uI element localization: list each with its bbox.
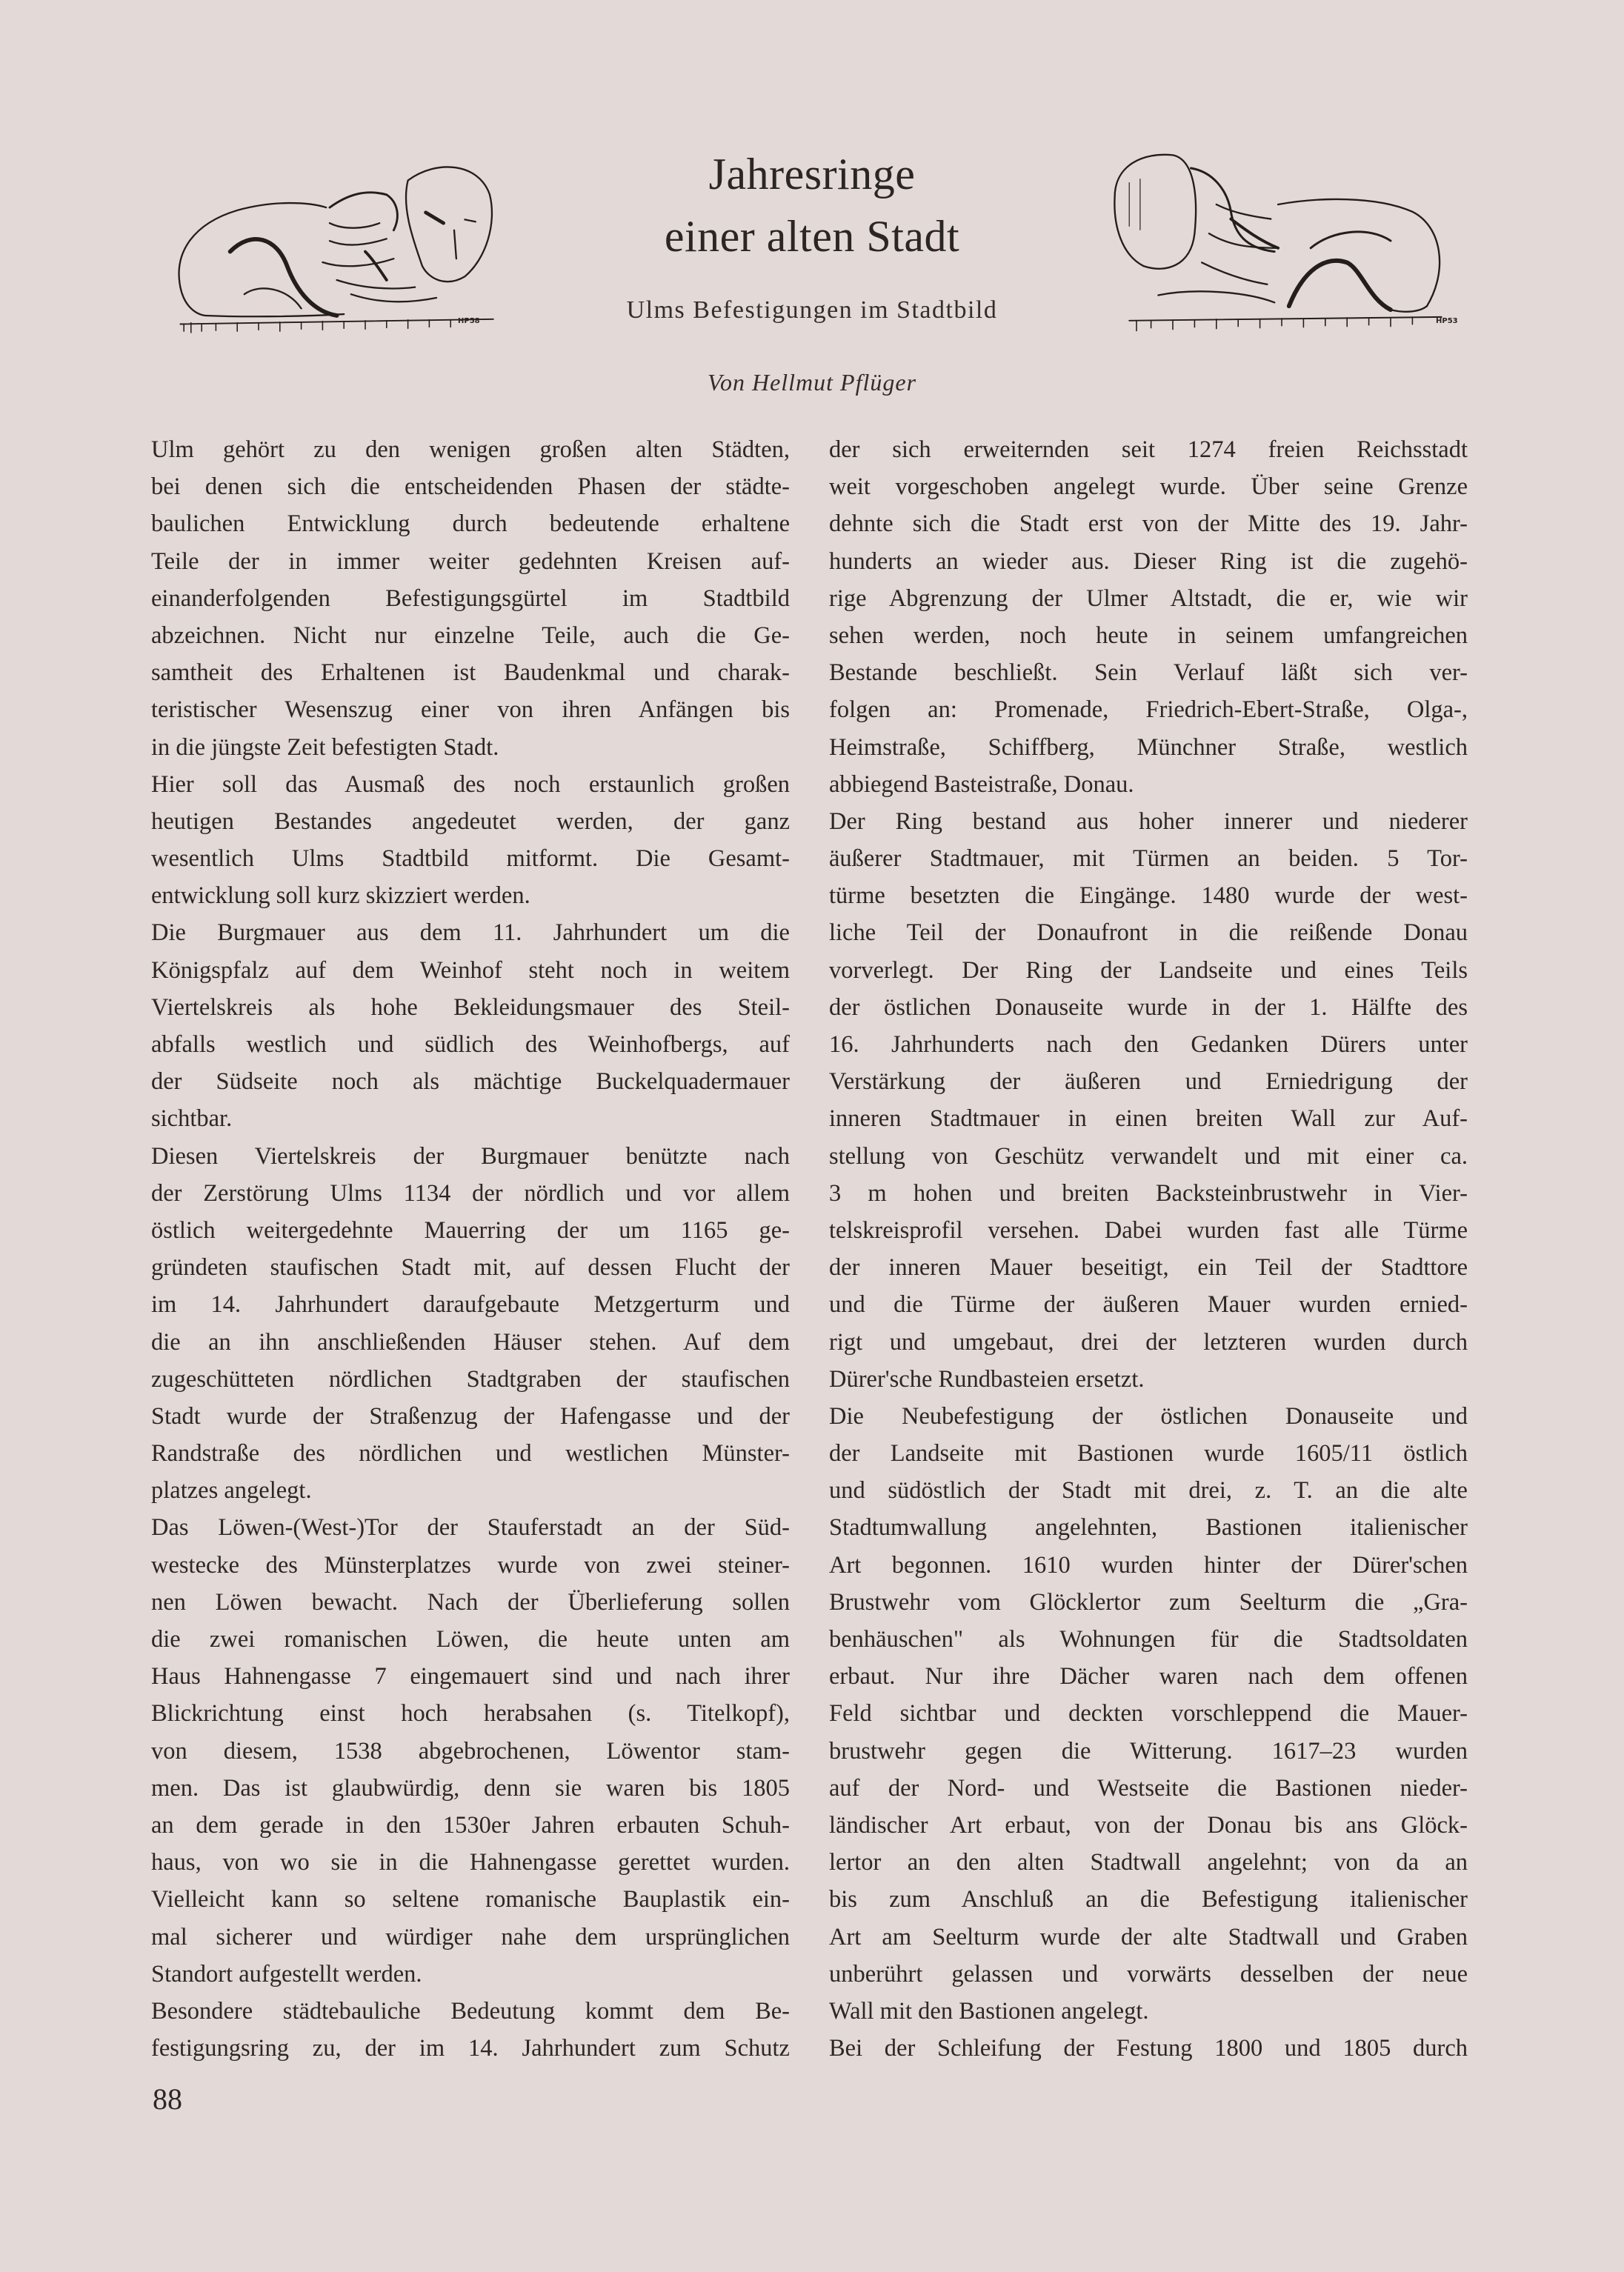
left-text-column: Ulm gehört zu den wenigen großen alten S… <box>151 431 790 2067</box>
text-line: Dürer'sche Rundbasteien ersetzt. <box>829 1361 1468 1398</box>
text-line: die zwei romanischen Löwen, die heute un… <box>151 1621 790 1658</box>
article-title-line-2: einer alten Stadt <box>0 206 1624 267</box>
text-line: der inneren Mauer beseitigt, ein Teil de… <box>829 1249 1468 1286</box>
text-line: Hier soll das Ausmaß des noch erstaunlic… <box>151 766 790 803</box>
text-line: Standort aufgestellt werden. <box>151 1956 790 1993</box>
text-line: ländischer Art erbaut, von der Donau bis… <box>829 1807 1468 1844</box>
text-line: Diesen Viertelskreis der Burgmauer benüt… <box>151 1138 790 1175</box>
text-line: Ulm gehört zu den wenigen großen alten S… <box>151 431 790 468</box>
article-subtitle: Ulms Befestigungen im Stadtbild <box>0 296 1624 324</box>
article-title-line-1: Jahresringe <box>0 144 1624 204</box>
text-line: bei denen sich die entscheidenden Phasen… <box>151 468 790 505</box>
text-line: sichtbar. <box>151 1100 790 1137</box>
text-line: türme besetzten die Eingänge. 1480 wurde… <box>829 877 1468 914</box>
text-line: äußerer Stadtmauer, mit Türmen an beiden… <box>829 840 1468 877</box>
text-line: in die jüngste Zeit befestigten Stadt. <box>151 729 790 766</box>
text-line: Bei der Schleifung der Festung 1800 und … <box>829 2030 1468 2067</box>
text-line: weit vorgeschoben angelegt wurde. Über s… <box>829 468 1468 505</box>
text-line: inneren Stadtmauer in einen breiten Wall… <box>829 1100 1468 1137</box>
text-line: 3 m hohen und breiten Backsteinbrustwehr… <box>829 1175 1468 1212</box>
text-line: benhäuschen" als Wohnungen für die Stadt… <box>829 1621 1468 1658</box>
text-line: Brustwehr vom Glöcklertor zum Seelturm d… <box>829 1584 1468 1621</box>
text-line: Art begonnen. 1610 wurden hinter der Dür… <box>829 1547 1468 1584</box>
text-line: auf der Nord- und Westseite die Bastione… <box>829 1770 1468 1807</box>
text-line: Teile der in immer weiter gedehnten Krei… <box>151 543 790 580</box>
text-line: Das Löwen-(West-)Tor der Stauferstadt an… <box>151 1509 790 1546</box>
text-line: nen Löwen bewacht. Nach der Überlieferun… <box>151 1584 790 1621</box>
text-line: die an ihn anschließenden Häuser stehen.… <box>151 1324 790 1361</box>
text-line: Stadtumwallung angelehnten, Bastionen it… <box>829 1509 1468 1546</box>
text-line: östlich weitergedehnte Mauerring der um … <box>151 1212 790 1249</box>
text-line: im 14. Jahrhundert daraufgebaute Metzger… <box>151 1286 790 1323</box>
text-line: platzes angelegt. <box>151 1472 790 1509</box>
text-line: Bestande beschließt. Sein Verlauf läßt s… <box>829 654 1468 691</box>
text-line: Wall mit den Bastionen angelegt. <box>829 1993 1468 2030</box>
text-line: mal sicherer und würdiger nahe dem urspr… <box>151 1919 790 1956</box>
text-line: Blickrichtung einst hoch herabsahen (s. … <box>151 1695 790 1732</box>
text-line: der Zerstörung Ulms 1134 der nördlich un… <box>151 1175 790 1212</box>
text-line: samtheit des Erhaltenen ist Baudenkmal u… <box>151 654 790 691</box>
text-line: unberührt gelassen und vorwärts desselbe… <box>829 1956 1468 1993</box>
text-line: entwicklung soll kurz skizziert werden. <box>151 877 790 914</box>
page-number: 88 <box>153 2082 182 2116</box>
text-line: und die Türme der äußeren Mauer wurden e… <box>829 1286 1468 1323</box>
text-line: westecke des Münsterplatzes wurde von zw… <box>151 1547 790 1584</box>
text-line: folgen an: Promenade, Friedrich-Ebert-St… <box>829 691 1468 728</box>
text-line: Königspfalz auf dem Weinhof steht noch i… <box>151 952 790 989</box>
text-line: men. Das ist glaubwürdig, denn sie waren… <box>151 1770 790 1807</box>
right-text-column: der sich erweiternden seit 1274 freien R… <box>829 431 1468 2067</box>
text-line: erbaut. Nur ihre Dächer waren nach dem o… <box>829 1658 1468 1695</box>
article-header: HP58 HP53 Jahresringe einer alten Stadt … <box>0 0 1624 415</box>
text-line: Besondere städtebauliche Bedeutung kommt… <box>151 1993 790 2030</box>
text-line: einanderfolgenden Befestigungsgürtel im … <box>151 580 790 617</box>
text-line: Heimstraße, Schiffberg, Münchner Straße,… <box>829 729 1468 766</box>
text-line: von diesem, 1538 abgebrochenen, Löwentor… <box>151 1733 790 1770</box>
text-line: Die Neubefestigung der östlichen Donause… <box>829 1398 1468 1435</box>
text-line: dehnte sich die Stadt erst von der Mitte… <box>829 505 1468 542</box>
text-line: der östlichen Donauseite wurde in der 1.… <box>829 989 1468 1026</box>
text-line: Haus Hahnengasse 7 eingemauert sind und … <box>151 1658 790 1695</box>
text-line: telskreisprofil versehen. Dabei wurden f… <box>829 1212 1468 1249</box>
text-line: abzeichnen. Nicht nur einzelne Teile, au… <box>151 617 790 654</box>
text-line: hunderts an wieder aus. Dieser Ring ist … <box>829 543 1468 580</box>
text-line: Vielleicht kann so seltene romanische Ba… <box>151 1881 790 1918</box>
text-line: und südöstlich der Stadt mit drei, z. T.… <box>829 1472 1468 1509</box>
text-line: rigt und umgebaut, drei der letzteren wu… <box>829 1324 1468 1361</box>
text-line: bis zum Anschluß an die Befestigung ital… <box>829 1881 1468 1918</box>
text-line: an dem gerade in den 1530er Jahren erbau… <box>151 1807 790 1844</box>
text-line: liche Teil der Donaufront in die reißend… <box>829 914 1468 951</box>
text-line: 16. Jahrhunderts nach den Gedanken Dürer… <box>829 1026 1468 1063</box>
text-line: der Südseite noch als mächtige Buckelqua… <box>151 1063 790 1100</box>
text-line: lertor an den alten Stadtwall angelehnt;… <box>829 1844 1468 1881</box>
text-line: Viertelskreis als hohe Bekleidungsmauer … <box>151 989 790 1026</box>
text-line: Die Burgmauer aus dem 11. Jahrhundert um… <box>151 914 790 951</box>
text-line: baulichen Entwicklung durch bedeutende e… <box>151 505 790 542</box>
text-line: brustwehr gegen die Witterung. 1617–23 w… <box>829 1733 1468 1770</box>
text-line: wesentlich Ulms Stadtbild mitformt. Die … <box>151 840 790 877</box>
text-line: gründeten staufischen Stadt mit, auf des… <box>151 1249 790 1286</box>
text-line: Stadt wurde der Straßenzug der Hafengass… <box>151 1398 790 1435</box>
text-line: Art am Seelturm wurde der alte Stadtwall… <box>829 1919 1468 1956</box>
text-line: Der Ring bestand aus hoher innerer und n… <box>829 803 1468 840</box>
text-line: Verstärkung der äußeren und Erniedrigung… <box>829 1063 1468 1100</box>
author-byline: Von Hellmut Pflüger <box>0 369 1624 396</box>
text-line: stellung von Geschütz verwandelt und mit… <box>829 1138 1468 1175</box>
text-line: vorverlegt. Der Ring der Landseite und e… <box>829 952 1468 989</box>
text-line: sehen werden, noch heute in seinem umfan… <box>829 617 1468 654</box>
text-line: Randstraße des nördlichen und westlichen… <box>151 1435 790 1472</box>
text-line: teristischer Wesenszug einer von ihren A… <box>151 691 790 728</box>
text-line: abbiegend Basteistraße, Donau. <box>829 766 1468 803</box>
text-line: haus, von wo sie in die Hahnengasse gere… <box>151 1844 790 1881</box>
text-line: rige Abgrenzung der Ulmer Altstadt, die … <box>829 580 1468 617</box>
text-line: der Landseite mit Bastionen wurde 1605/1… <box>829 1435 1468 1472</box>
text-line: festigungsring zu, der im 14. Jahrhunder… <box>151 2030 790 2067</box>
text-line: abfalls westlich und südlich des Weinhof… <box>151 1026 790 1063</box>
text-line: der sich erweiternden seit 1274 freien R… <box>829 431 1468 468</box>
text-line: Feld sichtbar und deckten vorschleppend … <box>829 1695 1468 1732</box>
text-line: heutigen Bestandes angedeutet werden, de… <box>151 803 790 840</box>
text-line: zugeschütteten nördlichen Stadtgraben de… <box>151 1361 790 1398</box>
